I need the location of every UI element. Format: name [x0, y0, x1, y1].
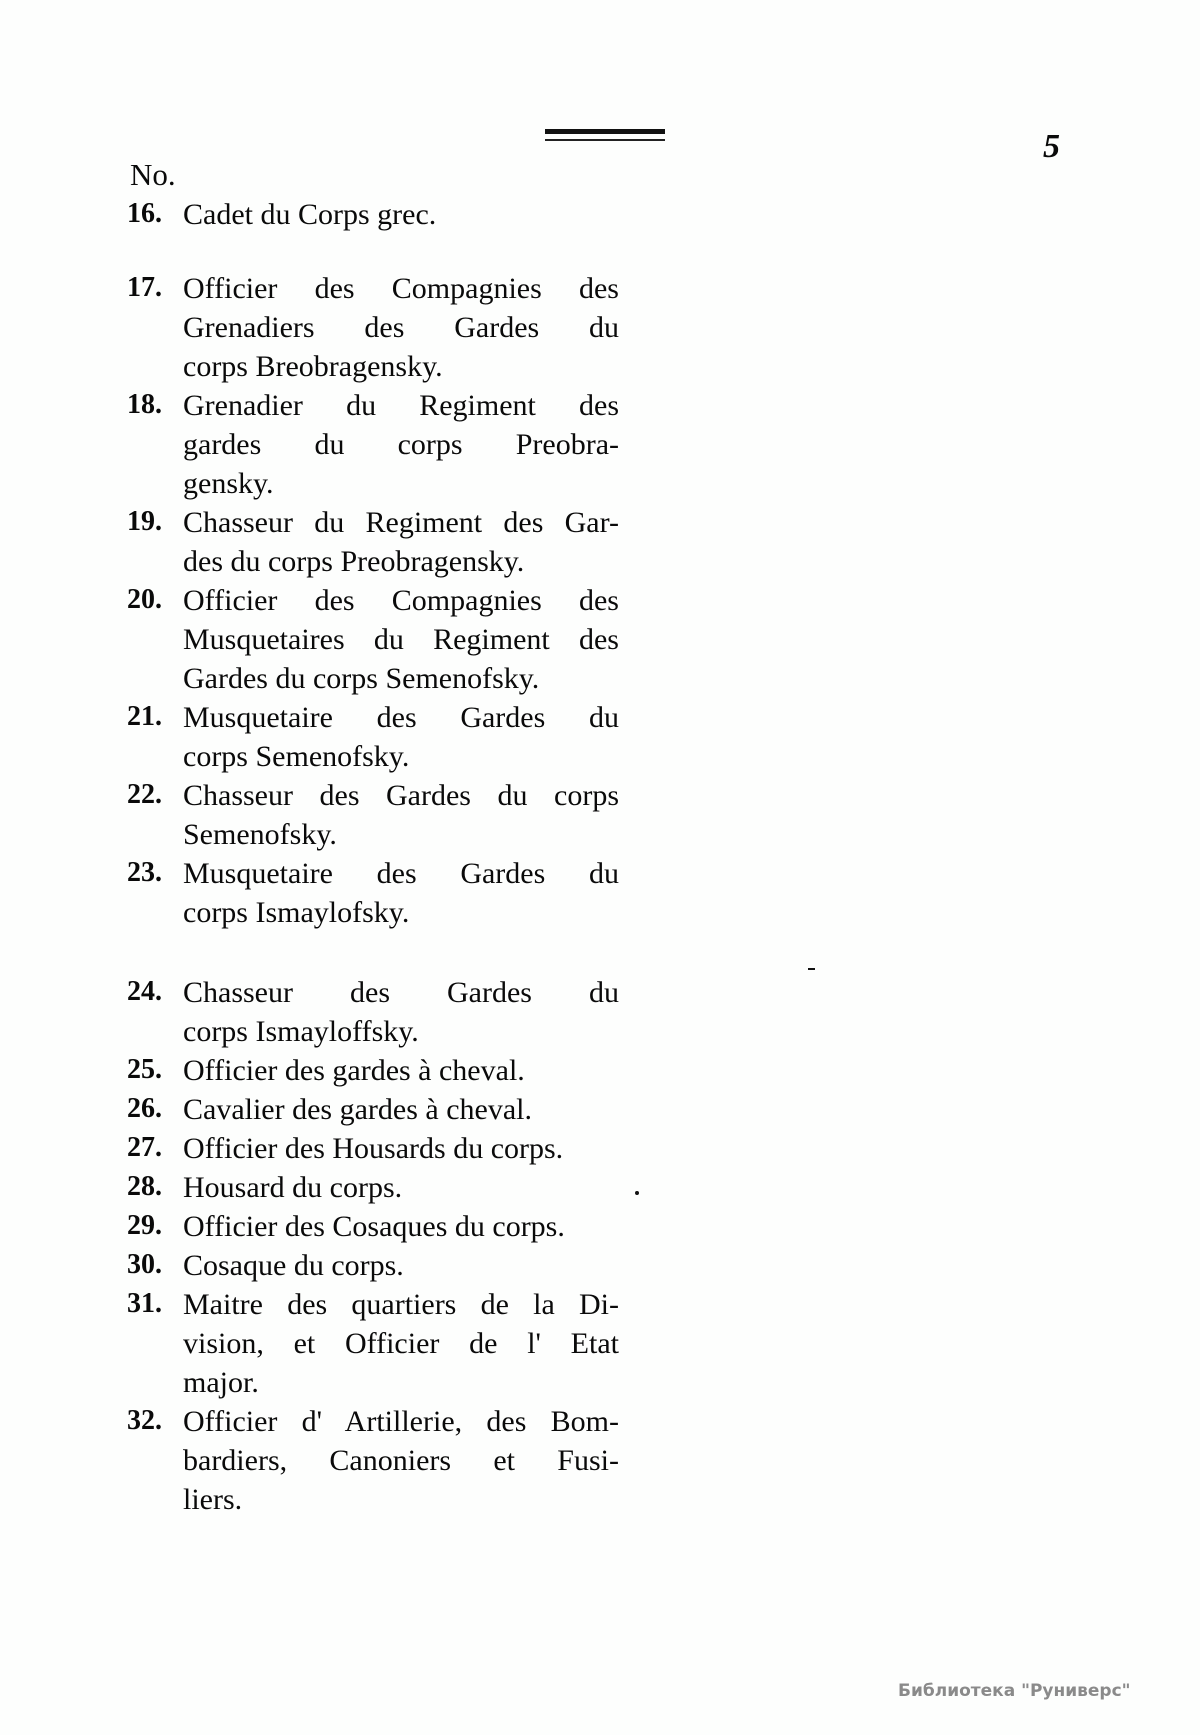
entry-text: Maitre des quartiers de la Di-	[183, 1290, 619, 1320]
entry-text: corps Ismayloffsky.	[183, 1017, 619, 1047]
entry-text: Grenadiers des Gardes du	[183, 313, 619, 343]
entry-number: 18.	[127, 391, 162, 419]
entry-number: 31.	[127, 1290, 162, 1318]
entry-number: 27.	[127, 1134, 162, 1162]
entry-text: Grenadier du Regiment des	[183, 391, 619, 421]
entry-number: 21.	[127, 703, 162, 731]
entry-text: Cavalier des gardes à cheval.	[183, 1095, 619, 1125]
entry-text: Chasseur du Regiment des Gar-	[183, 508, 619, 538]
stray-dot	[635, 1191, 639, 1195]
library-watermark: Библиотека "Руниверс"	[898, 1681, 1131, 1701]
entry-text: Officier des Housards du corps.	[183, 1134, 619, 1164]
entry-number: 25.	[127, 1056, 162, 1084]
entry-text: Musquetaires du Regiment des	[183, 625, 619, 655]
entry-number: 29.	[127, 1212, 162, 1240]
entry-text: Officier des Compagnies des	[183, 586, 619, 616]
entry-number: 17.	[127, 274, 162, 302]
entry-text: bardiers, Canoniers et Fusi-	[183, 1446, 619, 1476]
entry-number: 28.	[127, 1173, 162, 1201]
entry-number: 26.	[127, 1095, 162, 1123]
entry-text: gensky.	[183, 469, 619, 499]
entry-text: corps Ismaylofsky.	[183, 898, 619, 928]
entry-number: 20.	[127, 586, 162, 614]
entry-text: corps Breobragensky.	[183, 352, 619, 382]
entry-text: gardes du corps Preobra-	[183, 430, 619, 460]
header-rule-thin	[545, 139, 665, 141]
entry-text: Officier des Compagnies des	[183, 274, 619, 304]
entry-text: corps Semenofsky.	[183, 742, 619, 772]
entry-number: 32.	[127, 1407, 162, 1435]
entry-text: Officier d' Artillerie, des Bom-	[183, 1407, 619, 1437]
entry-number: 19.	[127, 508, 162, 536]
entry-text: Gardes du corps Semenofsky.	[183, 664, 619, 694]
entry-text: Musquetaire des Gardes du	[183, 859, 619, 889]
header-rule	[545, 129, 665, 134]
entry-text: vision, et Officier de l' Etat	[183, 1329, 619, 1359]
entry-number: 22.	[127, 781, 162, 809]
entry-text: Chasseur des Gardes du	[183, 978, 619, 1008]
entry-text: Musquetaire des Gardes du	[183, 703, 619, 733]
page-number: 5	[1043, 128, 1060, 166]
entry-number: 16.	[127, 200, 162, 228]
entry-text: Cadet du Corps grec.	[183, 200, 619, 230]
stray-mark	[808, 968, 815, 970]
entry-text: Cosaque du corps.	[183, 1251, 619, 1281]
entry-text: Chasseur des Gardes du corps	[183, 781, 619, 811]
entry-text: major.	[183, 1368, 619, 1398]
entry-text: Officier des gardes à cheval.	[183, 1056, 619, 1086]
column-label: No.	[130, 157, 176, 193]
entry-text: liers.	[183, 1485, 619, 1515]
entry-text: Semenofsky.	[183, 820, 619, 850]
entry-number: 23.	[127, 859, 162, 887]
entry-number: 24.	[127, 978, 162, 1006]
entry-text: Officier des Cosaques du corps.	[183, 1212, 619, 1242]
entry-text: des du corps Preobragensky.	[183, 547, 619, 577]
entry-text: Housard du corps.	[183, 1173, 619, 1203]
entry-number: 30.	[127, 1251, 162, 1279]
